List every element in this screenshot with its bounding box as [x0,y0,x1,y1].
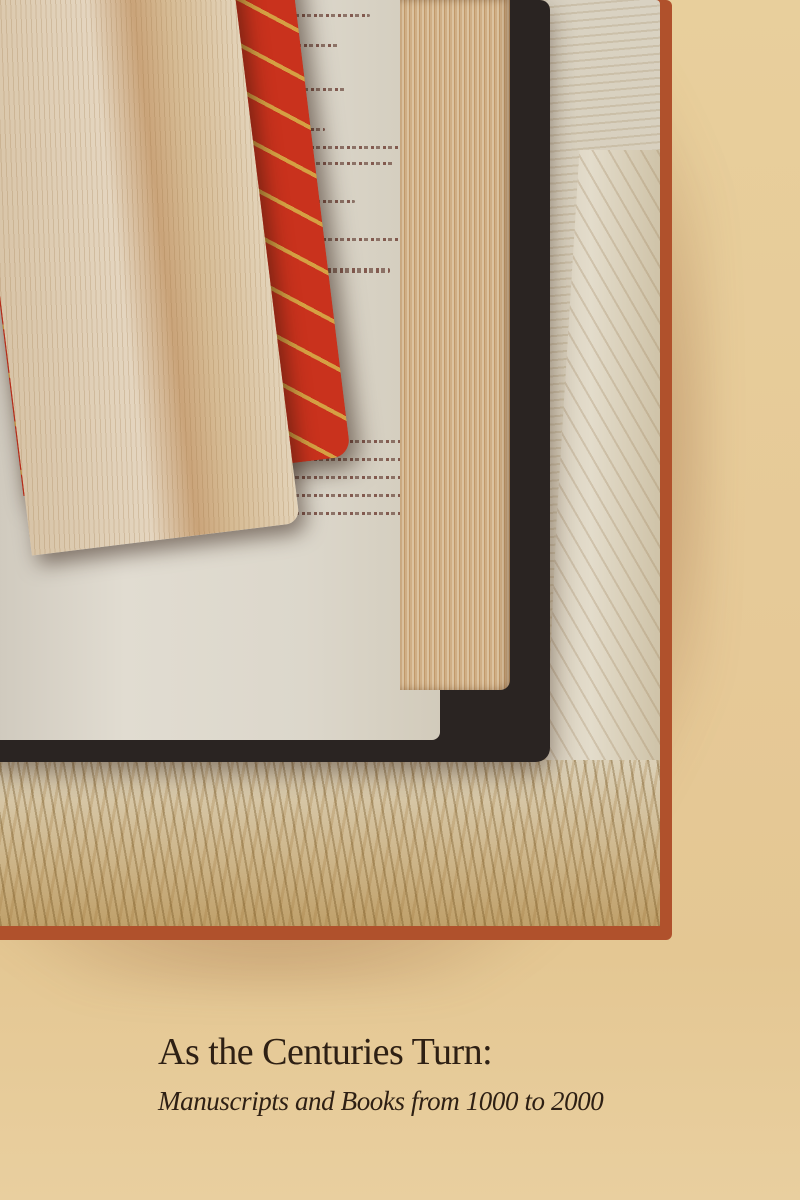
book-cover: As the Centuries Turn: Manuscripts and B… [0,0,800,1200]
book-title: As the Centuries Turn: [158,1030,603,1074]
handwriting-line [290,14,370,17]
title-block: As the Centuries Turn: Manuscripts and B… [158,1030,603,1117]
handwriting-line [278,494,413,497]
book-subtitle: Manuscripts and Books from 1000 to 2000 [158,1086,603,1117]
handwriting-line [278,476,408,479]
manuscript-page-edges [400,0,510,690]
frayed-page-edge [0,760,660,926]
